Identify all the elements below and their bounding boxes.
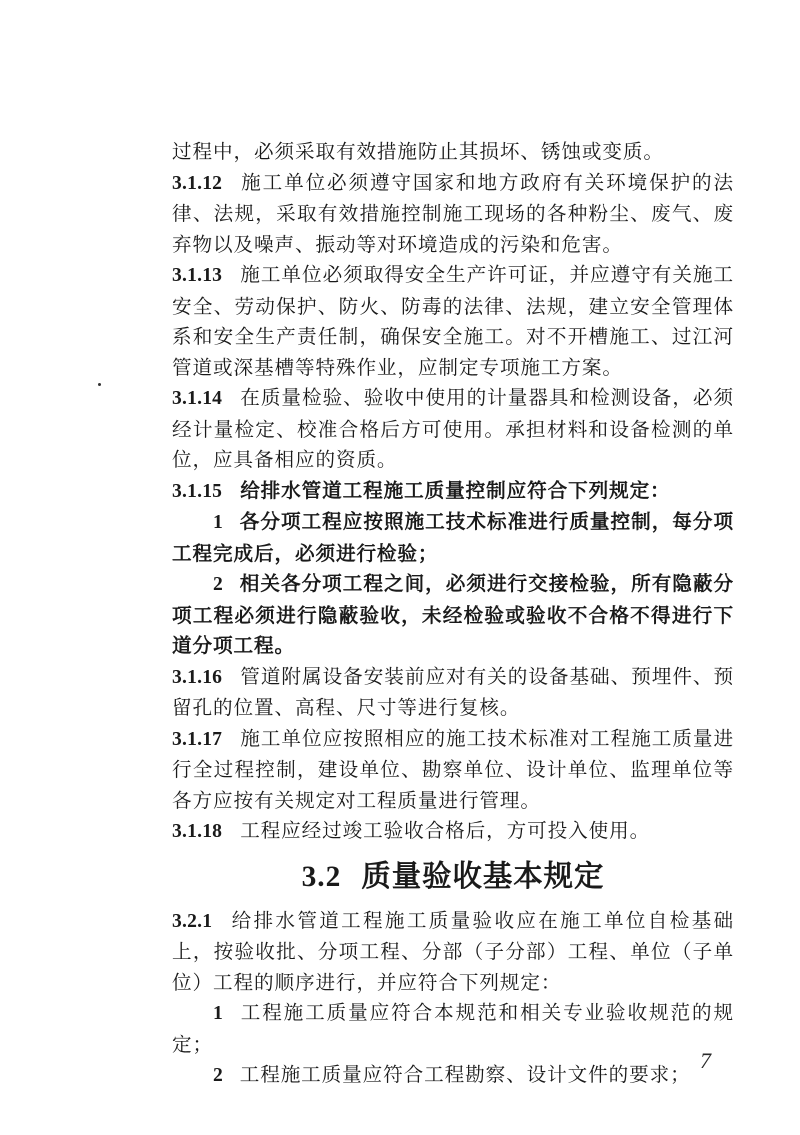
- item-number: 1: [213, 1003, 224, 1024]
- clause-number: 3.1.13: [172, 265, 222, 286]
- clause-3-1-15-item-1: 1各分项工程应按照施工技术标准进行质量控制，每分项工程完成后，必须进行检验；: [172, 507, 734, 569]
- clause-3-1-16: 3.1.16管道附属设备安装前应对有关的设备基础、预埋件、预留孔的位置、高程、尺…: [172, 662, 734, 724]
- section-heading: 3.2质量验收基本规定: [172, 854, 734, 899]
- item-text: 工程施工质量应符合工程勘察、设计文件的要求；: [240, 1063, 691, 1086]
- clause-3-2-1-item-1: 1工程施工质量应符合本规范和相关专业验收规范的规定；: [172, 998, 734, 1060]
- body-text: 过程中，必须采取有效措施防止其损坏、锈蚀或变质。 3.1.12施工单位必须遵守国…: [172, 137, 734, 1092]
- clause-text: 在质量检验、验收中使用的计量器具和检测设备，必须经计量检定、校准合格后方可使用。…: [172, 386, 734, 471]
- item-text: 工程施工质量应符合本规范和相关专业验收规范的规定；: [172, 1001, 734, 1056]
- clause-text: 施工单位必须遵守国家和地方政府有关环境保护的法律、法规，采取有效措施控制施工现场…: [172, 171, 734, 256]
- clause-3-1-14: 3.1.14在质量检验、验收中使用的计量器具和检测设备，必须经计量检定、校准合格…: [172, 383, 734, 476]
- clause-3-1-17: 3.1.17施工单位应按照相应的施工技术标准对工程施工质量进行全过程控制，建设单…: [172, 724, 734, 817]
- page-number: 7: [700, 1048, 711, 1074]
- clause-3-2-1: 3.2.1给排水管道工程施工质量验收应在施工单位自检基础上，按验收批、分项工程、…: [172, 906, 734, 999]
- item-number: 2: [213, 574, 224, 595]
- clause-text: 管道附属设备安装前应对有关的设备基础、预埋件、预留孔的位置、高程、尺寸等进行复核…: [172, 665, 734, 720]
- item-number: 1: [213, 512, 224, 533]
- clause-number: 3.1.14: [172, 388, 222, 409]
- continuation-paragraph: 过程中，必须采取有效措施防止其损坏、锈蚀或变质。: [172, 137, 734, 168]
- clause-text: 给排水管道工程施工质量验收应在施工单位自检基础上，按验收批、分项工程、分部（子分…: [172, 909, 734, 994]
- clause-3-1-13: 3.1.13施工单位必须取得安全生产许可证，并应遵守有关施工安全、劳动保护、防火…: [172, 260, 734, 383]
- clause-number: 3.1.17: [172, 729, 222, 750]
- item-text: 各分项工程应按照施工技术标准进行质量控制，每分项工程完成后，必须进行检验；: [172, 510, 734, 565]
- section-title-text: 质量验收基本规定: [361, 858, 604, 893]
- item-number: 2: [213, 1065, 224, 1086]
- clause-3-1-15: 3.1.15给排水管道工程施工质量控制应符合下列规定：: [172, 476, 734, 508]
- clause-text: 给排水管道工程施工质量控制应符合下列规定：: [240, 479, 670, 502]
- clause-3-1-18: 3.1.18工程应经过竣工验收合格后，方可投入使用。: [172, 816, 734, 848]
- scan-artifact-dot: [98, 383, 101, 386]
- clause-text: 施工单位应按照相应的施工技术标准对工程施工质量进行全过程控制，建设单位、勘察单位…: [172, 727, 734, 812]
- clause-number: 3.1.12: [172, 173, 222, 194]
- item-text: 相关各分项工程之间，必须进行交接检验，所有隐蔽分项工程必须进行隐蔽验收，未经检验…: [172, 572, 734, 657]
- section-number: 3.2: [302, 861, 342, 893]
- clause-number: 3.1.16: [172, 667, 222, 688]
- clause-3-1-15-item-2: 2相关各分项工程之间，必须进行交接检验，所有隐蔽分项工程必须进行隐蔽验收，未经检…: [172, 569, 734, 662]
- clause-number: 3.1.15: [172, 481, 222, 502]
- clause-number: 3.1.18: [172, 821, 222, 842]
- clause-text: 工程应经过竣工验收合格后，方可投入使用。: [240, 819, 650, 842]
- clause-number: 3.2.1: [172, 911, 212, 932]
- clause-3-1-12: 3.1.12施工单位必须遵守国家和地方政府有关环境保护的法律、法规，采取有效措施…: [172, 168, 734, 261]
- document-page: 过程中，必须采取有效措施防止其损坏、锈蚀或变质。 3.1.12施工单位必须遵守国…: [0, 0, 800, 1135]
- clause-3-2-1-item-2: 2工程施工质量应符合工程勘察、设计文件的要求；: [172, 1060, 734, 1092]
- clause-text: 施工单位必须取得安全生产许可证，并应遵守有关施工安全、劳动保护、防火、防毒的法律…: [172, 263, 734, 379]
